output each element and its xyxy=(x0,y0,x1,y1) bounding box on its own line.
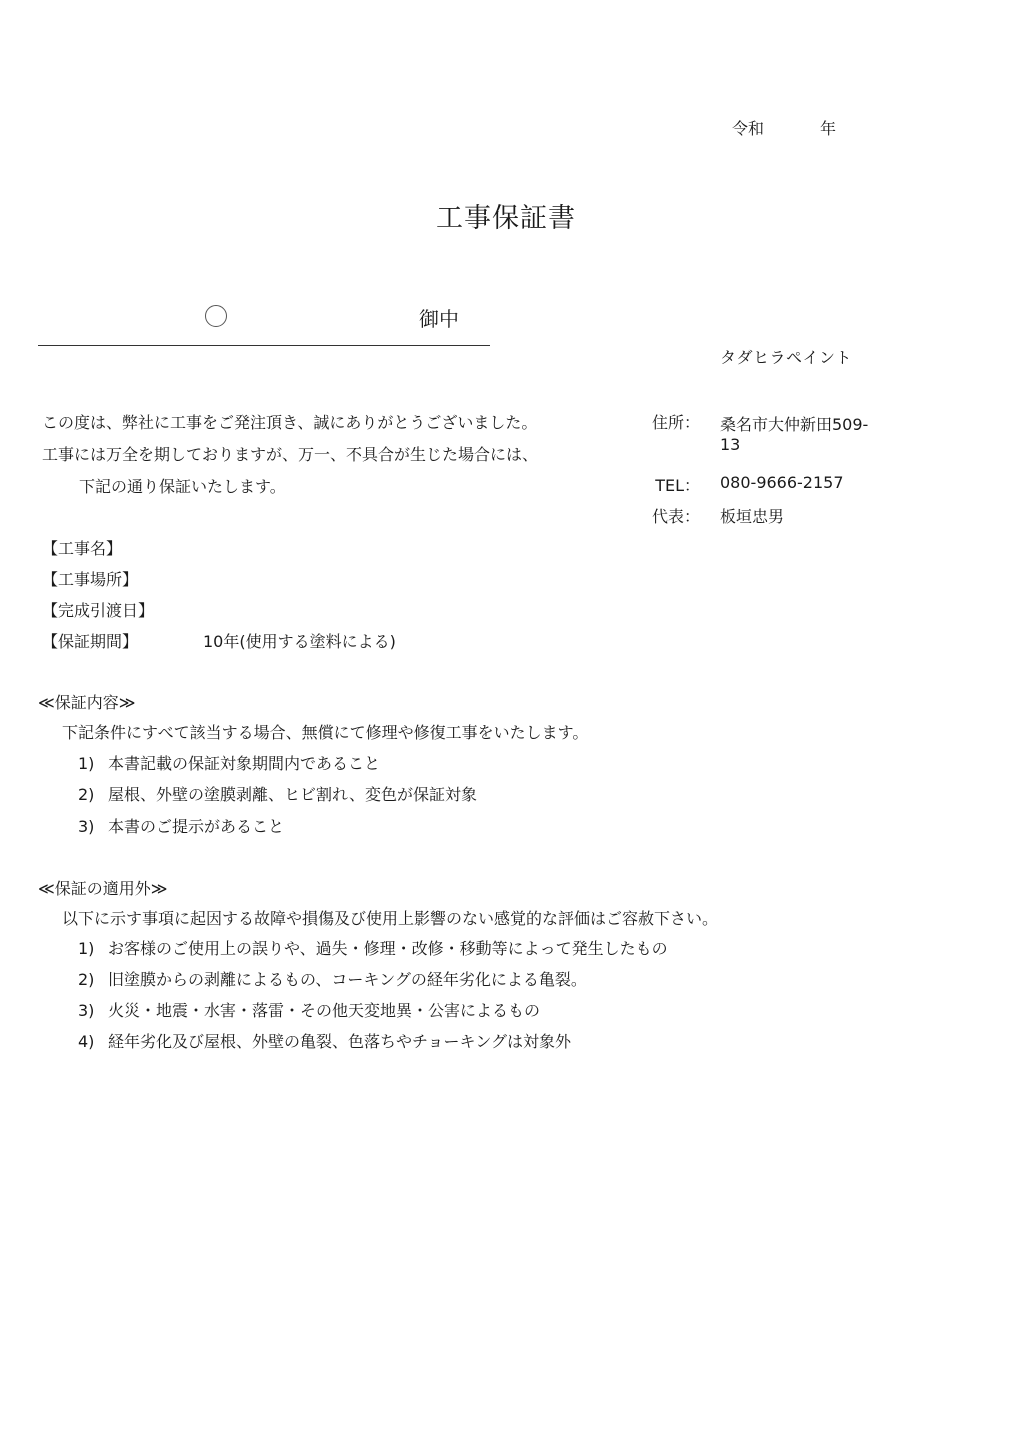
recipient-suffix: 御中 xyxy=(419,303,459,332)
list-item-text: 経年劣化及び屋根、外壁の亀裂、色落ちやチョーキングは対象外 xyxy=(108,1032,571,1051)
list-item: 2)旧塗膜からの剥離によるもの、コーキングの経年劣化による亀裂。 xyxy=(78,967,587,990)
list-item-number: 1) xyxy=(78,754,108,773)
list-item: 2)屋根、外壁の塗膜剥離、ヒビ割れ、変色が保証対象 xyxy=(78,782,477,805)
list-item-text: 本書のご提示があること xyxy=(108,817,284,836)
field-label-project-location: 【工事場所】 xyxy=(42,567,138,590)
address-value: 桑名市大仲新田509-13 xyxy=(720,415,880,455)
date-era: 令和 xyxy=(732,116,764,139)
list-item: 4)経年劣化及び屋根、外壁の亀裂、色落ちやチョーキングは対象外 xyxy=(78,1029,571,1052)
list-item-text: 旧塗膜からの剥離によるもの、コーキングの経年劣化による亀裂。 xyxy=(108,970,587,989)
field-label-project-name: 【工事名】 xyxy=(42,536,122,559)
field-label-handover-date: 【完成引渡日】 xyxy=(42,598,154,621)
greeting-line: 下記の通り保証いたします。 xyxy=(79,474,286,497)
list-item-number: 2) xyxy=(78,970,108,989)
tel-label: TEL： xyxy=(640,473,700,496)
list-item-text: お客様のご使用上の誤りや、過失・修理・改修・移動等によって発生したもの xyxy=(108,939,668,958)
list-item-number: 2) xyxy=(78,785,108,804)
list-item-text: 火災・地震・水害・落雷・その他天変地異・公害によるもの xyxy=(108,1001,540,1020)
circle-placeholder-icon xyxy=(205,305,227,327)
greeting-line: この度は、弊社に工事をご発注頂き、誠にありがとうございました。 xyxy=(42,410,537,433)
list-item-number: 3) xyxy=(78,1001,108,1020)
list-item-text: 屋根、外壁の塗膜剥離、ヒビ割れ、変色が保証対象 xyxy=(108,785,477,804)
list-item: 3)火災・地震・水害・落雷・その他天変地異・公害によるもの xyxy=(78,998,540,1021)
representative-value: 板垣忠男 xyxy=(720,504,784,527)
address-label: 住所： xyxy=(640,410,700,433)
list-item: 1)お客様のご使用上の誤りや、過失・修理・改修・移動等によって発生したもの xyxy=(78,936,668,959)
page-title: 工事保証書 xyxy=(0,196,1012,235)
field-label-warranty-period: 【保証期間】 xyxy=(42,629,138,652)
company-name: タダヒラペイント xyxy=(720,345,852,368)
representative-label: 代表： xyxy=(640,504,700,527)
field-value-warranty-period: 10年(使用する塗料による) xyxy=(203,629,396,652)
list-item: 1)本書記載の保証対象期間内であること xyxy=(78,751,380,774)
tel-value: 080-9666-2157 xyxy=(720,473,844,492)
recipient-underline xyxy=(38,345,490,346)
greeting-line: 工事には万全を期しておりますが、万一、不具合が生じた場合には、 xyxy=(42,442,538,465)
coverage-description: 下記条件にすべて該当する場合、無償にて修理や修復工事をいたします。 xyxy=(62,720,588,743)
list-item: 3)本書のご提示があること xyxy=(78,814,284,837)
date-year-label: 年 xyxy=(820,116,836,139)
list-item-number: 4) xyxy=(78,1032,108,1051)
list-item-number: 1) xyxy=(78,939,108,958)
coverage-heading: ≪保証内容≫ xyxy=(38,690,136,713)
exclusions-heading: ≪保証の適用外≫ xyxy=(38,876,168,899)
exclusions-description: 以下に示す事項に起因する故障や損傷及び使用上影響のない感覚的な評価はご容赦下さい… xyxy=(62,906,718,929)
list-item-text: 本書記載の保証対象期間内であること xyxy=(108,754,380,773)
list-item-number: 3) xyxy=(78,817,108,836)
